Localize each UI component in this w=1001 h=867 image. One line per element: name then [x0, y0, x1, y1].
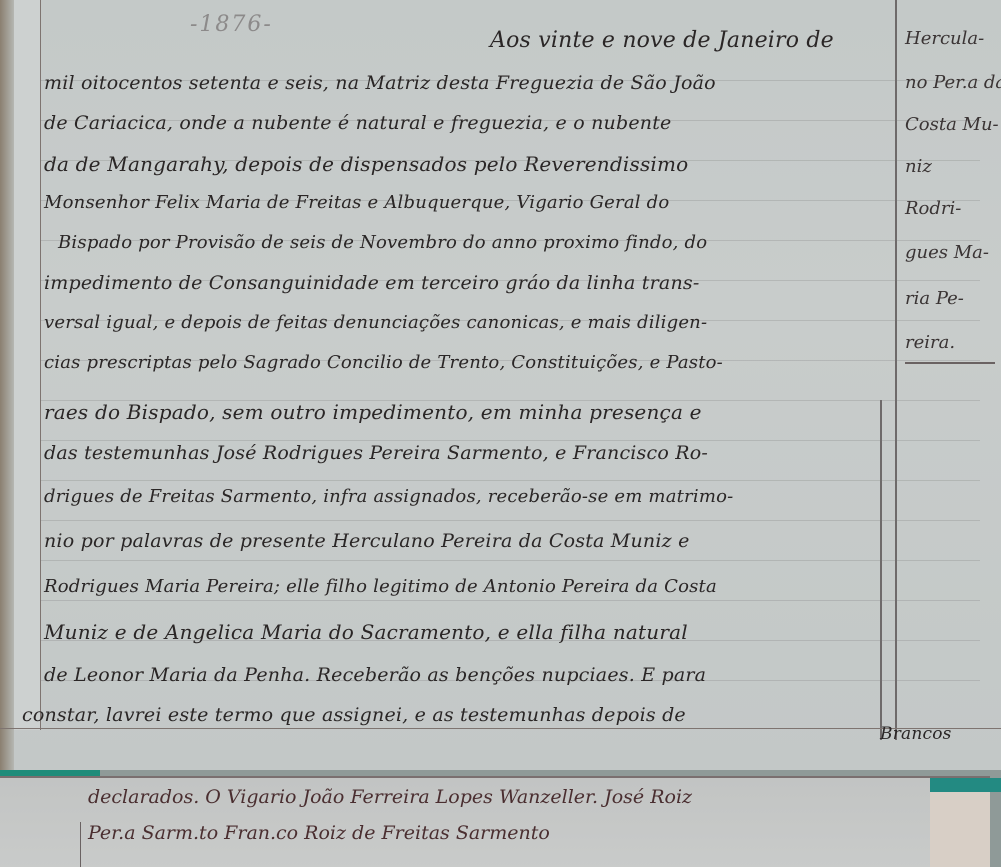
text-line: Muniz e de Angelica Maria do Sacramento,…: [44, 620, 688, 644]
text-line: constar, lavrei este termo que assignei,…: [22, 704, 686, 726]
margin-note-line: niz: [905, 156, 932, 177]
text-line: mil oitocentos setenta e seis, na Matriz…: [44, 72, 716, 94]
lower-page-strip: declarados. O Vigario João Ferreira Lope…: [0, 776, 990, 867]
text-line: drigues de Freitas Sarmento, infra assig…: [44, 486, 733, 507]
teal-tab-right: [930, 778, 1001, 792]
margin-note-line: Costa Mu-: [905, 114, 999, 135]
page-bottom-rule: [0, 728, 1001, 729]
signature-line: declarados. O Vigario João Ferreira Lope…: [88, 786, 692, 808]
text-line: de Leonor Maria da Penha. Receberão as b…: [44, 664, 706, 686]
text-line: Monsenhor Felix Maria de Freitas e Albuq…: [44, 192, 669, 213]
left-margin-column: [14, 0, 41, 730]
ruled-line: [40, 480, 980, 481]
text-line-marginal-word: Brancos: [880, 724, 952, 744]
text-line: Rodrigues Maria Pereira; elle filho legi…: [44, 576, 717, 597]
margin-note-line: reira.: [905, 332, 955, 353]
margin-note-underline: [905, 362, 995, 364]
ruled-line: [40, 440, 980, 441]
lower-page-tab: [930, 780, 990, 867]
text-line: impedimento de Consanguinidade em tercei…: [44, 272, 699, 294]
ruled-line: [40, 560, 980, 561]
text-line: nio por palavras de presente Herculano P…: [44, 530, 690, 552]
ruled-line: [40, 520, 980, 521]
text-line: raes do Bispado, sem outro impedimento, …: [44, 400, 702, 424]
signature-line: Per.a Sarm.to Fran.co Roiz de Freitas Sa…: [88, 822, 550, 844]
text-line: de Cariacica, onde a nubente é natural e…: [44, 112, 671, 134]
text-line: Aos vinte e nove de Janeiro de: [490, 28, 834, 53]
text-line: das testemunhas José Rodrigues Pereira S…: [44, 442, 708, 464]
ruled-line: [40, 600, 980, 601]
text-line: cias prescriptas pelo Sagrado Concilio d…: [44, 352, 723, 373]
margin-note-line: Rodri-: [905, 198, 961, 219]
text-line: Bispado por Provisão de seis de Novembro…: [58, 232, 707, 253]
margin-note-line: Hercula-: [905, 28, 984, 49]
page-binding-edge: [0, 0, 14, 770]
register-page: -1876- Aos vinte e nove de Janeiro de mi…: [0, 0, 1001, 770]
left-margin-rule: [40, 0, 41, 730]
margin-note-line: ria Pe-: [905, 288, 964, 309]
right-margin-rule-lower: [880, 400, 882, 740]
text-line: versal igual, e depois de feitas denunci…: [44, 312, 707, 333]
lower-page-rule: [80, 822, 81, 867]
year-heading: -1876-: [190, 12, 273, 37]
margin-note-line: no Per.a da: [905, 72, 1001, 93]
right-margin-rule: [895, 0, 897, 740]
margin-note-line: gues Ma-: [905, 242, 989, 263]
text-line: da de Mangarahy, depois de dispensados p…: [44, 152, 688, 176]
